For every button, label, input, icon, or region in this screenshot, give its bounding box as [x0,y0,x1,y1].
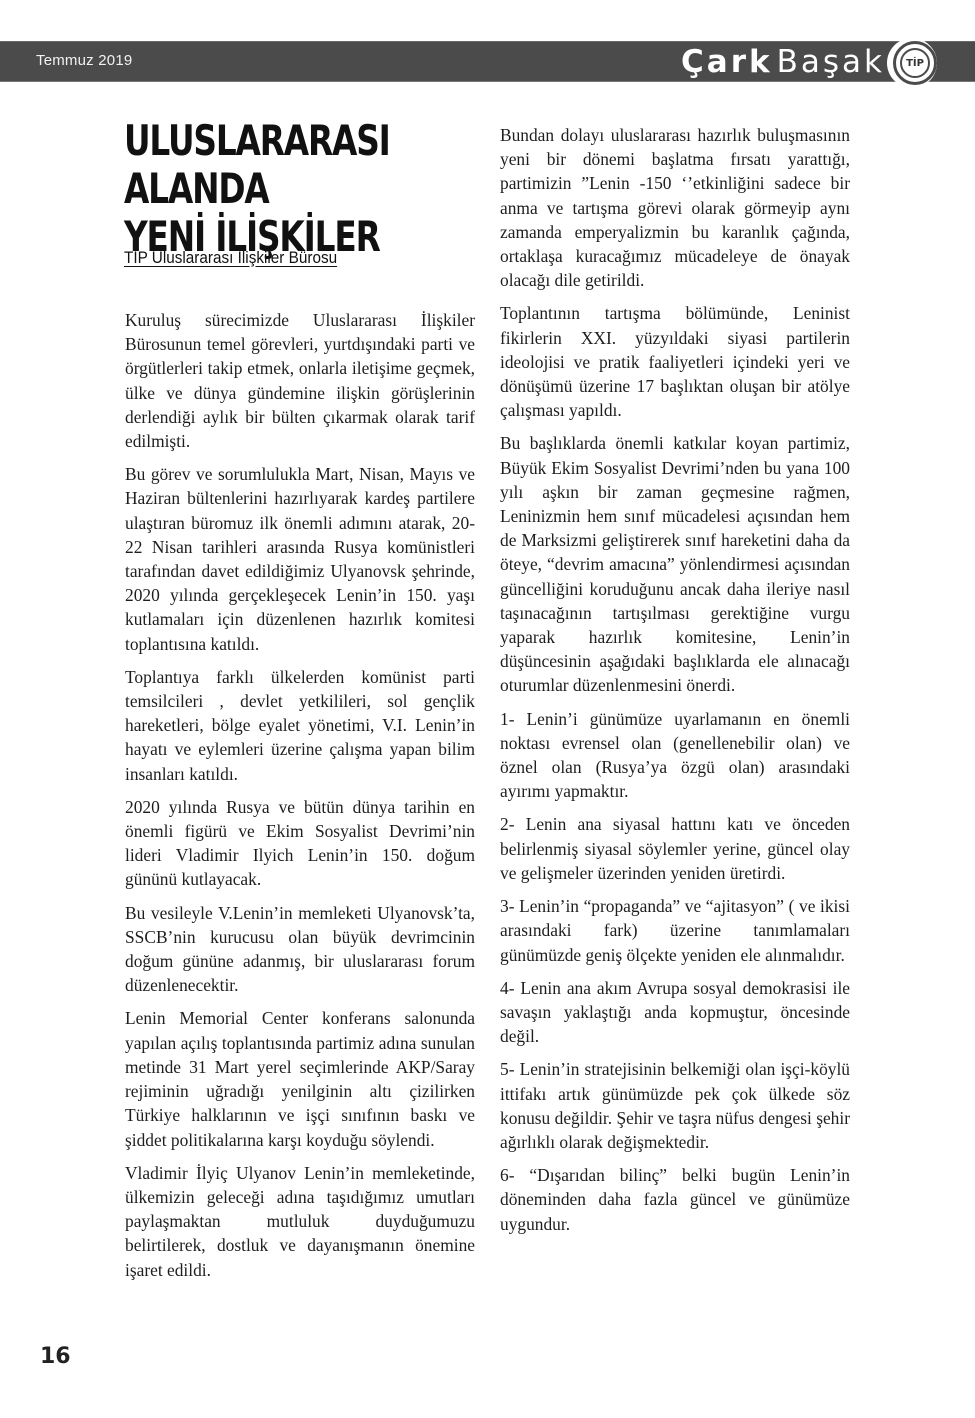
left-column: Kuruluş sürecimizde Uluslararası İlişkil… [125,308,475,1291]
right-column: Bundan dolayı uluslararası hazırlık bulu… [500,123,850,1245]
paragraph: Bu görev ve sorumlulukla Mart, Nisan, Ma… [125,462,475,656]
list-item: 3- Lenin’in “propaganda” ve “ajitasyon” … [500,894,850,967]
list-item: 2- Lenin ana siyasal hattını katı ve önc… [500,812,850,885]
title-line-1: ULUSLARARASI ALANDA [124,117,491,213]
list-item: 5- Lenin’in stratejisinin belkemiği olan… [500,1057,850,1154]
party-emblem: TİP [887,38,963,88]
issue-date: Temmuz 2019 [36,52,132,69]
header-band: Temmuz 2019 ÇarkBaşak [0,41,975,82]
paragraph: Bu başlıklarda önemli katkılar koyan par… [500,431,850,697]
paragraph: Lenin Memorial Center konferans salonun­… [125,1006,475,1151]
article-title: ULUSLARARASI ALANDA YENİ İLİŞKİLER [124,117,491,261]
paragraph: Toplantıya farklı ülkelerden komünist pa… [125,665,475,786]
list-item: 6- “Dışarıdan bilinç” belki bugün Lenin’… [500,1163,850,1236]
list-item: 4- Lenin ana akım Avrupa sosyal demok­ra… [500,976,850,1049]
list-item: 1- Lenin’i günümüze uyarlamanın en önem­… [500,707,850,804]
emblem-text: TİP [900,48,930,78]
paragraph: 2020 yılında Rusya ve bütün dünya tarihi… [125,795,475,892]
brand-name-light: Başak [777,42,885,83]
paragraph: Kuruluş sürecimizde Uluslararası İlişkil… [125,308,475,453]
article-byline: TİP Uluslararası İlişkiler Bürosu [124,248,337,268]
page-number: 16 [40,1344,71,1369]
brand-name-bold: Çark [681,42,773,83]
paragraph: Bu vesileyle V.Lenin’in memleketi Ulyano… [125,901,475,998]
paragraph: Vladimir İlyiç Ulyanov Lenin’in memleke­… [125,1161,475,1282]
paragraph: Bundan dolayı uluslararası hazırlık bulu… [500,123,850,292]
paragraph: Toplantının tartışma bölümünde, Leninist… [500,301,850,422]
tip-emblem-icon: TİP [893,41,937,85]
brand-logotype: ÇarkBaşak [681,42,885,83]
